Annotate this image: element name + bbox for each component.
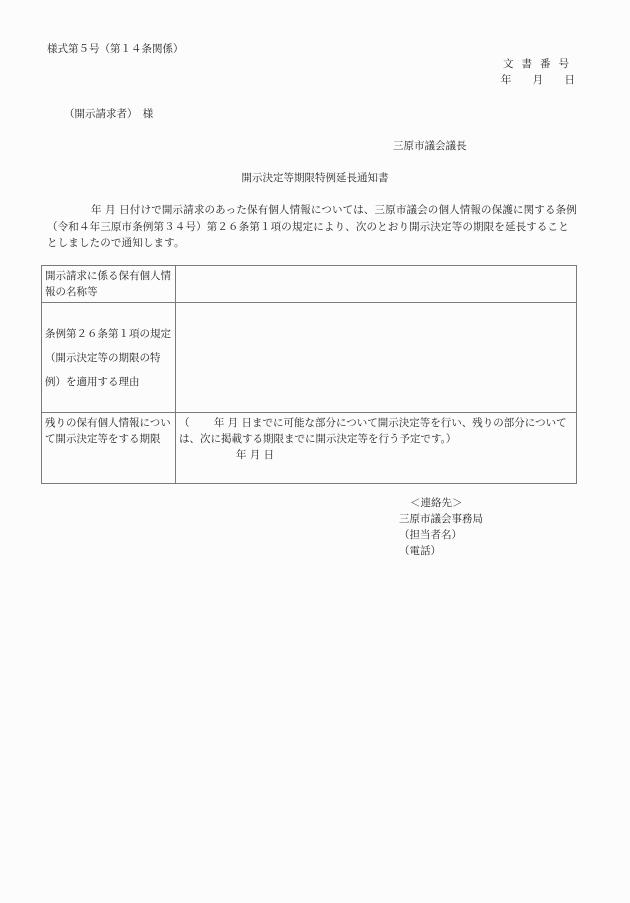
- row-value-deadline: （ 年 月 日までに可能な部分について開示決定等を行い、残りの部分については、次…: [176, 413, 577, 484]
- date-month-label: 月: [533, 72, 546, 87]
- contact-phone: （電話）: [399, 543, 483, 559]
- date-day-label: 日: [565, 72, 578, 87]
- row-label-deadline: 残りの保有個人情報について開示決定等をする期限: [42, 413, 176, 484]
- document-title: 開示決定等期限特例延長通知書: [0, 170, 630, 185]
- document-number-label: 文書番号: [503, 56, 577, 71]
- row-label-info-name: 開示請求に係る保有個人情報の名称等: [42, 266, 176, 303]
- info-table: 開示請求に係る保有個人情報の名称等 条例第２６条第１項の規定（開示決定等の期限の…: [41, 265, 577, 484]
- contact-office: 三原市議会事務局: [399, 511, 483, 527]
- row-label-reason: 条例第２６条第１項の規定（開示決定等の期限の特例）を適用する理由: [42, 303, 176, 413]
- table-row: 条例第２６条第１項の規定（開示決定等の期限の特例）を適用する理由: [42, 303, 577, 413]
- date-year-label: 年: [501, 72, 514, 87]
- contact-heading: ＜連絡先＞: [399, 495, 483, 511]
- contact-person: （担当者名）: [399, 527, 483, 543]
- addressee: （開示請求者） 様: [64, 106, 153, 121]
- table-row: 開示請求に係る保有個人情報の名称等: [42, 266, 577, 303]
- deadline-note: （ 年 月 日までに可能な部分について開示決定等を行い、残りの部分については、次…: [179, 417, 567, 445]
- deadline-date: 年 月 日: [179, 447, 573, 463]
- row-value-reason: [176, 303, 577, 413]
- contact-block: ＜連絡先＞ 三原市議会事務局 （担当者名） （電話）: [399, 495, 483, 559]
- issue-date: 年 月 日: [487, 72, 577, 87]
- table-row: 残りの保有個人情報について開示決定等をする期限 （ 年 月 日までに可能な部分に…: [42, 413, 577, 484]
- sender: 三原市議会議長: [393, 138, 467, 153]
- form-number: 様式第５号（第１４条関係）: [47, 41, 184, 56]
- body-paragraph: 年 月 日付けで開示請求のあった保有個人情報については、三原市議会の個人情報の保…: [47, 202, 579, 252]
- row-value-info-name: [176, 266, 577, 303]
